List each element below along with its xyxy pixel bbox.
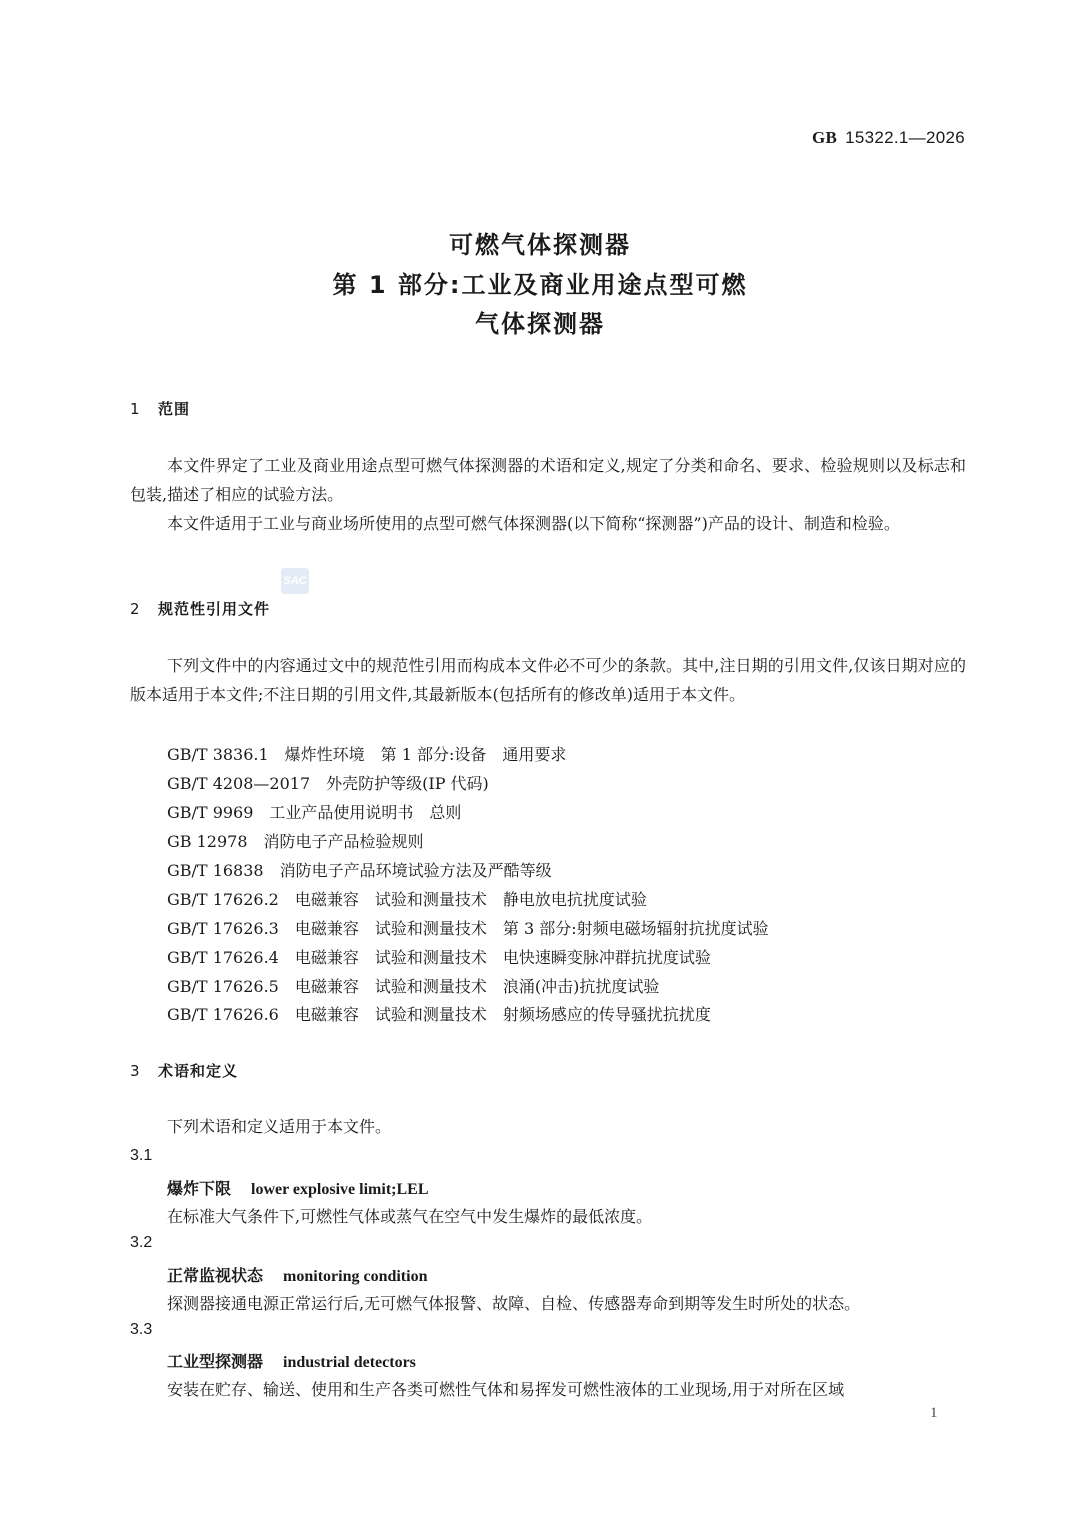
- terms-intro: 下列术语和定义适用于本文件。: [130, 1112, 966, 1141]
- section-title: 规范性引用文件: [158, 600, 270, 618]
- term-entry: 工业型探测器industrial detectors: [167, 1349, 416, 1372]
- standard-number: GB15322.1—2026: [812, 128, 965, 148]
- standard-code: 15322.1—2026: [845, 128, 965, 147]
- clause-number: 3.1: [130, 1147, 152, 1165]
- reference-item: GB/T 17626.5 电磁兼容 试验和测量技术 浪涌(冲击)抗扰度试验: [167, 974, 659, 997]
- reference-item: GB/T 16838 消防电子产品环境试验方法及严酷等级: [167, 858, 552, 881]
- section-heading-scope: 1范围: [130, 398, 190, 419]
- reference-item: GB/T 17626.3 电磁兼容 试验和测量技术 第 3 部分:射频电磁场辐射…: [167, 916, 769, 939]
- term-en: monitoring condition: [283, 1268, 427, 1285]
- reference-item: GB/T 17626.2 电磁兼容 试验和测量技术 静电放电抗扰度试验: [167, 887, 647, 910]
- term-entry: 正常监视状态monitoring condition: [167, 1263, 427, 1286]
- section-heading-terms-definitions: 3术语和定义: [130, 1060, 238, 1081]
- term-zh: 工业型探测器: [167, 1352, 263, 1371]
- scope-paragraph-2: 本文件适用于工业与商业场所使用的点型可燃气体探测器(以下简称“探测器”)产品的设…: [130, 509, 966, 538]
- clause-number: 3.2: [130, 1234, 152, 1252]
- reference-item: GB 12978 消防电子产品检验规则: [167, 829, 424, 852]
- sac-watermark-logo: SAC: [281, 568, 309, 594]
- section-number: 1: [130, 400, 158, 418]
- section-title: 术语和定义: [158, 1062, 238, 1080]
- reference-item: GB/T 4208—2017 外壳防护等级(IP 代码): [167, 771, 489, 794]
- document-page: GB15322.1—2026 可燃气体探测器 第 1 部分:工业及商业用途点型可…: [0, 0, 1080, 1527]
- term-en: lower explosive limit;LEL: [251, 1181, 428, 1198]
- term-zh: 正常监视状态: [167, 1266, 263, 1285]
- term-definition: 探测器接通电源正常运行后,无可燃气体报警、故障、自检、传感器寿命到期等发生时所处…: [167, 1291, 860, 1314]
- term-en: industrial detectors: [283, 1354, 416, 1371]
- scope-paragraph-1: 本文件界定了工业及商业用途点型可燃气体探测器的术语和定义,规定了分类和命名、要求…: [130, 451, 966, 509]
- reference-item: GB/T 3836.1 爆炸性环境 第 1 部分:设备 通用要求: [167, 742, 566, 765]
- section-number: 3: [130, 1062, 158, 1080]
- section-title: 范围: [158, 400, 190, 418]
- doc-title-line-3: 气体探测器: [0, 304, 1080, 339]
- term-zh: 爆炸下限: [167, 1179, 231, 1198]
- doc-title-line-2: 第 1 部分:工业及商业用途点型可燃: [0, 265, 1080, 300]
- doc-title-line-1: 可燃气体探测器: [0, 225, 1080, 260]
- section-heading-normative-references: 2规范性引用文件: [130, 598, 270, 619]
- term-definition: 在标准大气条件下,可燃性气体或蒸气在空气中发生爆炸的最低浓度。: [167, 1204, 652, 1227]
- reference-item: GB/T 9969 工业产品使用说明书 总则: [167, 800, 461, 823]
- clause-number: 3.3: [130, 1321, 152, 1339]
- term-definition: 安装在贮存、输送、使用和生产各类可燃性气体和易挥发可燃性液体的工业现场,用于对所…: [167, 1377, 844, 1400]
- page-number: 1: [930, 1405, 938, 1422]
- reference-item: GB/T 17626.4 电磁兼容 试验和测量技术 电快速瞬变脉冲群抗扰度试验: [167, 945, 711, 968]
- standard-prefix: GB: [812, 128, 837, 147]
- section-number: 2: [130, 600, 158, 618]
- references-intro: 下列文件中的内容通过文中的规范性引用而构成本文件必不可少的条款。其中,注日期的引…: [130, 651, 966, 709]
- reference-item: GB/T 17626.6 电磁兼容 试验和测量技术 射频场感应的传导骚扰抗扰度: [167, 1002, 711, 1025]
- term-entry: 爆炸下限lower explosive limit;LEL: [167, 1176, 428, 1199]
